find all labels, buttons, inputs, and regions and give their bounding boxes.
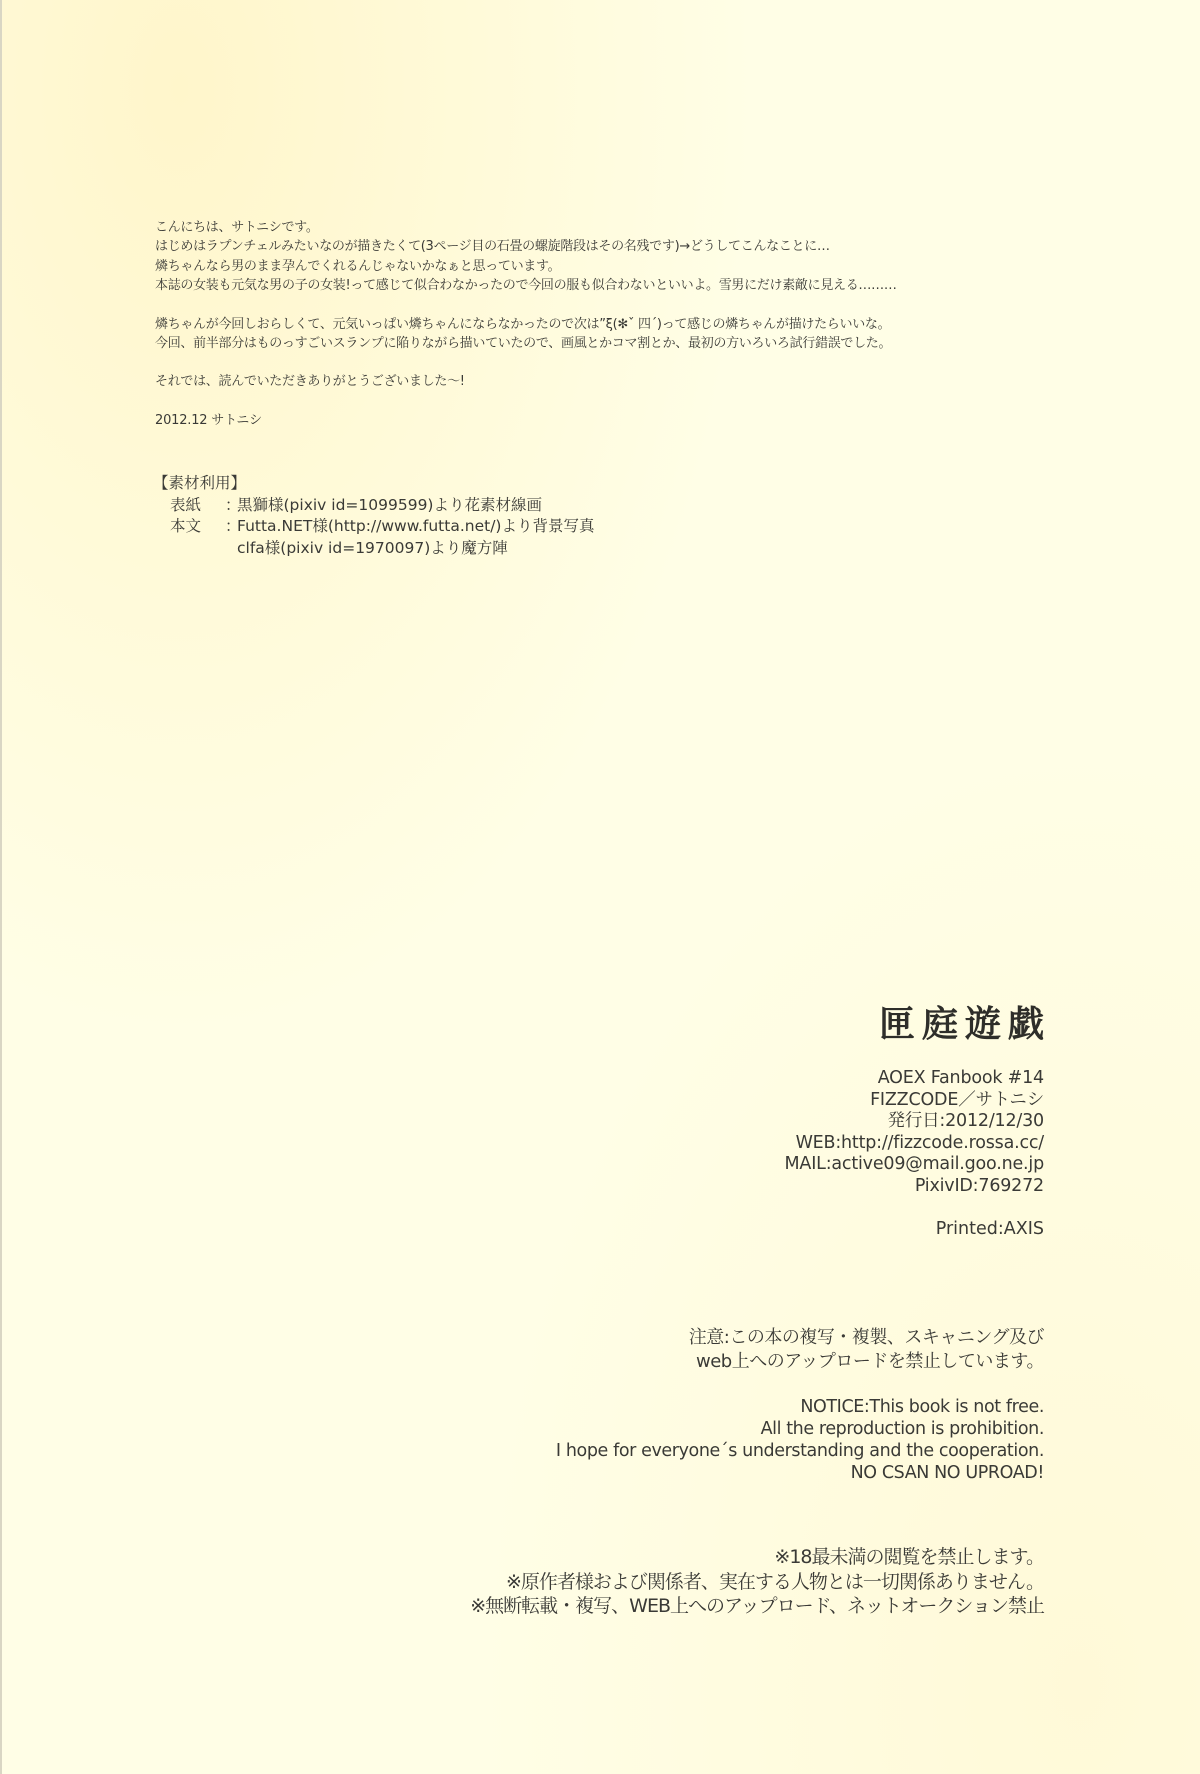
warnings: ※18最未満の閲覧を禁止します。 ※原作者様および関係者、実在する人物とは一切関…	[470, 1545, 1044, 1619]
warning-line: ※18最未満の閲覧を禁止します。	[470, 1545, 1044, 1570]
credit-value: clfa様(pixiv id=1970097)より魔方陣	[237, 538, 508, 560]
afterword: こんにちは、サトニシです。 はじめはラプンチェルみたいなのが描きたくて(3ページ…	[155, 218, 897, 392]
afterword-line: 燐ちゃんなら男のまま孕んでくれるんじゃないかなぁと思っています。	[155, 257, 897, 276]
afterword-line: 本誌の女装も元気な男の子の女装!って感じて似合わなかったので今回の服も似合わない…	[155, 276, 897, 295]
credit-value: 黒獅様(pixiv id=1099599)より花素材線画	[237, 495, 542, 517]
notice-line: I hope for everyone´s understanding and …	[556, 1440, 1044, 1462]
colophon: 匣庭遊戯 AOEX Fanbook #14 FIZZCODE／サトニシ 発行日:…	[785, 1000, 1044, 1239]
afterword-line: こんにちは、サトニシです。	[155, 218, 897, 237]
credit-value: Futta.NET様(http://www.futta.net/)より背景写真	[237, 516, 594, 538]
credits-heading: 【素材利用】	[153, 473, 594, 495]
credit-row-cover: 表紙 ： 黒獅様(pixiv id=1099599)より花素材線画	[153, 495, 594, 517]
credit-separator: ：	[225, 516, 237, 538]
mail-line: MAIL:active09@mail.goo.ne.jp	[785, 1154, 1044, 1176]
publish-date-line: 発行日:2012/12/30	[785, 1111, 1044, 1133]
printer-line: Printed:AXIS	[785, 1219, 1044, 1239]
afterword-line: それでは、読んでいただきありがとうございました〜!	[155, 372, 897, 391]
warning-line: ※原作者様および関係者、実在する人物とは一切関係ありません。	[470, 1570, 1044, 1595]
notice-line: 注意:この本の複写・複製、スキャニング及び	[689, 1326, 1044, 1350]
afterword-line: 燐ちゃんが今回しおらしくて、元気いっぱい燐ちゃんにならなかったので次は”ξ(✻ˇ…	[155, 315, 897, 334]
web-line: WEB:http://fizzcode.rossa.cc/	[785, 1133, 1044, 1155]
warning-line: ※無断転載・複写、WEB上へのアップロード、ネットオークション禁止	[470, 1594, 1044, 1619]
paragraph-gap	[155, 353, 897, 372]
credit-separator: ：	[225, 495, 237, 517]
notice-line: NOTICE:This book is not free.	[556, 1396, 1044, 1418]
notice-japanese: 注意:この本の複写・複製、スキャニング及び web上へのアップロードを禁止してい…	[689, 1326, 1044, 1374]
notice-line: web上へのアップロードを禁止しています。	[689, 1350, 1044, 1374]
afterword-line: はじめはラプンチェルみたいなのが描きたくて(3ページ目の石畳の螺旋階段はその名残…	[155, 237, 897, 256]
colophon-info: AOEX Fanbook #14 FIZZCODE／サトニシ 発行日:2012/…	[785, 1068, 1044, 1197]
afterword-paragraph-1: こんにちは、サトニシです。 はじめはラプンチェルみたいなのが描きたくて(3ページ…	[155, 218, 897, 296]
afterword-paragraph-2: 燐ちゃんが今回しおらしくて、元気いっぱい燐ちゃんにならなかったので次は”ξ(✻ˇ…	[155, 315, 897, 354]
notice-english: NOTICE:This book is not free. All the re…	[556, 1396, 1044, 1484]
pixiv-id-line: PixivID:769272	[785, 1176, 1044, 1198]
series-line: AOEX Fanbook #14	[785, 1068, 1044, 1090]
notice-line: All the reproduction is prohibition.	[556, 1418, 1044, 1440]
book-title: 匣庭遊戯	[785, 1000, 1051, 1048]
afterword-signoff: 2012.12 サトニシ	[155, 409, 262, 428]
credit-row-body-cont: clfa様(pixiv id=1970097)より魔方陣	[153, 538, 594, 560]
afterword-line: 今回、前半部分はものっすごいスランプに陥りながら描いていたので、画風とかコマ割と…	[155, 334, 897, 353]
credit-key: 本文	[153, 516, 225, 538]
afterword-paragraph-3: それでは、読んでいただきありがとうございました〜!	[155, 372, 897, 391]
circle-author-line: FIZZCODE／サトニシ	[785, 1090, 1044, 1112]
material-credits: 【素材利用】 表紙 ： 黒獅様(pixiv id=1099599)より花素材線画…	[153, 473, 594, 559]
credit-row-body: 本文 ： Futta.NET様(http://www.futta.net/)より…	[153, 516, 594, 538]
credit-key: 表紙	[153, 495, 225, 517]
notice-line: NO CSAN NO UPROAD!	[556, 1462, 1044, 1484]
paragraph-gap	[155, 296, 897, 315]
page-edge	[0, 0, 2, 1774]
